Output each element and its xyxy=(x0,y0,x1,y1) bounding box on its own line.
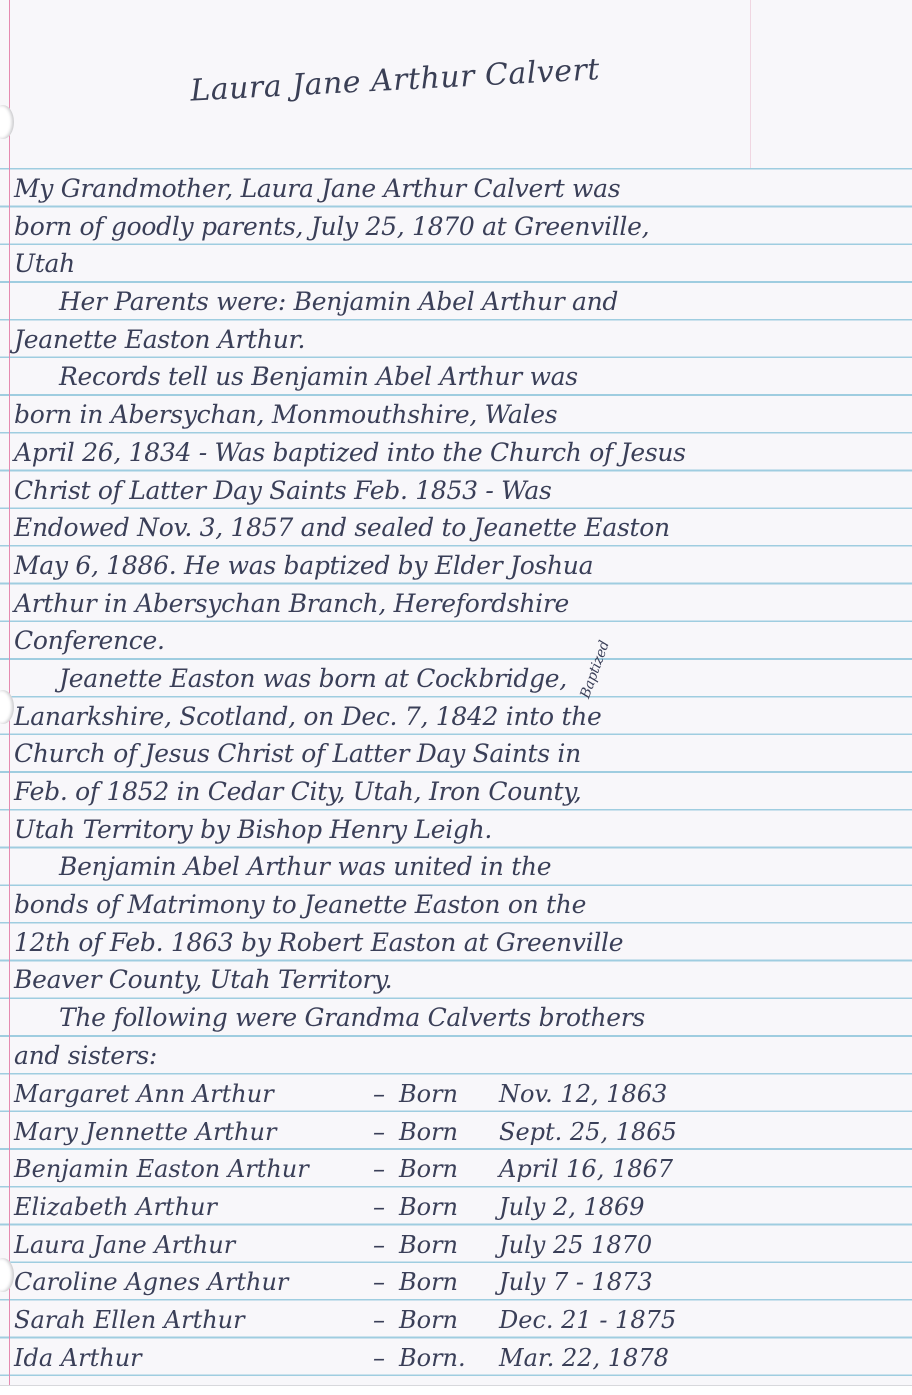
handwritten-line: Lanarkshire, Scotland, on Dec. 7, 1842 i… xyxy=(14,698,904,736)
separator-dash: – xyxy=(359,1302,399,1340)
line-text: Beaver County, Utah Territory. xyxy=(14,965,392,994)
handwritten-line: The following were Grandma Calverts brot… xyxy=(14,999,904,1037)
handwritten-line: My Grandmother, Laura Jane Arthur Calver… xyxy=(14,170,904,208)
birth-date: July 25 1870 xyxy=(499,1227,759,1265)
line-text: Arthur in Abersychan Branch, Herefordshi… xyxy=(14,589,569,618)
line-text: May 6, 1886. He was baptized by Elder Jo… xyxy=(14,551,593,580)
born-label: Born xyxy=(399,1189,499,1227)
sibling-row: Caroline Agnes Arthur–BornJuly 7 - 1873 xyxy=(14,1264,904,1302)
notebook-page: Laura Jane Arthur Calvert My Grandmother… xyxy=(0,0,912,1395)
sibling-row: Benjamin Easton Arthur–BornApril 16, 186… xyxy=(14,1151,904,1189)
line-text: Her Parents were: Benjamin Abel Arthur a… xyxy=(59,287,618,316)
handwritten-line: Her Parents were: Benjamin Abel Arthur a… xyxy=(14,283,904,321)
born-label: Born xyxy=(399,1076,499,1114)
line-text: Christ of Latter Day Saints Feb. 1853 - … xyxy=(14,476,552,505)
birth-date: Mar. 22, 1878 xyxy=(499,1340,759,1378)
line-text: Conference. xyxy=(14,626,165,655)
sibling-row: Ida Arthur–Born.Mar. 22, 1878 xyxy=(14,1340,904,1378)
separator-dash: – xyxy=(359,1076,399,1114)
sibling-name: Benjamin Easton Arthur xyxy=(14,1151,359,1189)
line-text: Jeanette Easton Arthur. xyxy=(14,325,305,354)
handwritten-line: Christ of Latter Day Saints Feb. 1853 - … xyxy=(14,472,904,510)
line-text: Church of Jesus Christ of Latter Day Sai… xyxy=(14,739,581,768)
separator-dash: – xyxy=(359,1114,399,1152)
line-text: Feb. of 1852 in Cedar City, Utah, Iron C… xyxy=(14,777,581,806)
faint-margin-line xyxy=(750,0,751,168)
handwritten-line: Feb. of 1852 in Cedar City, Utah, Iron C… xyxy=(14,773,904,811)
line-text: Lanarkshire, Scotland, on Dec. 7, 1842 i… xyxy=(14,702,602,731)
line-text: born in Abersychan, Monmouthshire, Wales xyxy=(14,400,557,429)
sibling-name: Sarah Ellen Arthur xyxy=(14,1302,359,1340)
line-text: Jeanette Easton was born at Cockbridge, xyxy=(59,664,567,693)
punch-hole xyxy=(0,690,14,724)
handwritten-line: Records tell us Benjamin Abel Arthur was xyxy=(14,358,904,396)
handwritten-paragraph: My Grandmother, Laura Jane Arthur Calver… xyxy=(14,170,904,1075)
sibling-row: Laura Jane Arthur–BornJuly 25 1870 xyxy=(14,1227,904,1265)
handwritten-line: Endowed Nov. 3, 1857 and sealed to Jeane… xyxy=(14,509,904,547)
birth-date: Sept. 25, 1865 xyxy=(499,1114,759,1152)
sibling-name: Margaret Ann Arthur xyxy=(14,1076,359,1114)
punch-hole xyxy=(0,1258,14,1292)
line-text: Utah xyxy=(14,249,75,278)
born-label: Born xyxy=(399,1302,499,1340)
siblings-list: Margaret Ann Arthur–BornNov. 12, 1863Mar… xyxy=(14,1076,904,1378)
sibling-name: Ida Arthur xyxy=(14,1340,359,1378)
born-label: Born. xyxy=(399,1340,499,1378)
handwritten-line: Beaver County, Utah Territory. xyxy=(14,961,904,999)
sibling-row: Sarah Ellen Arthur–BornDec. 21 - 1875 xyxy=(14,1302,904,1340)
handwritten-line: Utah Territory by Bishop Henry Leigh. xyxy=(14,811,904,849)
sibling-row: Mary Jennette Arthur–BornSept. 25, 1865 xyxy=(14,1114,904,1152)
handwritten-line: Jeanette Easton was born at Cockbridge,B… xyxy=(14,660,904,698)
handwritten-line: bonds of Matrimony to Jeanette Easton on… xyxy=(14,886,904,924)
sibling-name: Elizabeth Arthur xyxy=(14,1189,359,1227)
line-text: Benjamin Abel Arthur was united in the xyxy=(59,852,551,881)
handwritten-line: Jeanette Easton Arthur. xyxy=(14,321,904,359)
handwritten-line: Church of Jesus Christ of Latter Day Sai… xyxy=(14,735,904,773)
page-bottom-edge xyxy=(0,1385,912,1395)
sibling-name: Laura Jane Arthur xyxy=(14,1227,359,1265)
separator-dash: – xyxy=(359,1227,399,1265)
separator-dash: – xyxy=(359,1189,399,1227)
born-label: Born xyxy=(399,1227,499,1265)
handwritten-line: Arthur in Abersychan Branch, Herefordshi… xyxy=(14,585,904,623)
line-text: 12th of Feb. 1863 by Robert Easton at Gr… xyxy=(14,928,623,957)
handwritten-line: Conference. xyxy=(14,622,904,660)
line-text: and sisters: xyxy=(14,1041,157,1070)
birth-date: Dec. 21 - 1875 xyxy=(499,1302,759,1340)
separator-dash: – xyxy=(359,1340,399,1378)
sibling-row: Elizabeth Arthur–BornJuly 2, 1869 xyxy=(14,1189,904,1227)
handwritten-line: May 6, 1886. He was baptized by Elder Jo… xyxy=(14,547,904,585)
birth-date: Nov. 12, 1863 xyxy=(499,1076,759,1114)
handwritten-line: Utah xyxy=(14,245,904,283)
line-text: The following were Grandma Calverts brot… xyxy=(59,1003,645,1032)
sibling-name: Caroline Agnes Arthur xyxy=(14,1264,359,1302)
handwritten-line: born of goodly parents, July 25, 1870 at… xyxy=(14,208,904,246)
birth-date: April 16, 1867 xyxy=(499,1151,759,1189)
handwritten-line: born in Abersychan, Monmouthshire, Wales xyxy=(14,396,904,434)
born-label: Born xyxy=(399,1114,499,1152)
handwritten-line: April 26, 1834 - Was baptized into the C… xyxy=(14,434,904,472)
separator-dash: – xyxy=(359,1151,399,1189)
line-text: bonds of Matrimony to Jeanette Easton on… xyxy=(14,890,586,919)
line-text: Utah Territory by Bishop Henry Leigh. xyxy=(14,815,492,844)
sibling-row: Margaret Ann Arthur–BornNov. 12, 1863 xyxy=(14,1076,904,1114)
line-text: born of goodly parents, July 25, 1870 at… xyxy=(14,212,649,241)
born-label: Born xyxy=(399,1151,499,1189)
separator-dash: – xyxy=(359,1264,399,1302)
line-text: Records tell us Benjamin Abel Arthur was xyxy=(59,362,578,391)
line-text: My Grandmother, Laura Jane Arthur Calver… xyxy=(14,174,620,203)
sibling-name: Mary Jennette Arthur xyxy=(14,1114,359,1152)
handwritten-line: and sisters: xyxy=(14,1037,904,1075)
born-label: Born xyxy=(399,1264,499,1302)
handwritten-line: 12th of Feb. 1863 by Robert Easton at Gr… xyxy=(14,924,904,962)
handwritten-line: Benjamin Abel Arthur was united in the xyxy=(14,848,904,886)
line-text: April 26, 1834 - Was baptized into the C… xyxy=(14,438,686,467)
birth-date: July 2, 1869 xyxy=(499,1189,759,1227)
line-text: Endowed Nov. 3, 1857 and sealed to Jeane… xyxy=(14,513,670,542)
birth-date: July 7 - 1873 xyxy=(499,1264,759,1302)
